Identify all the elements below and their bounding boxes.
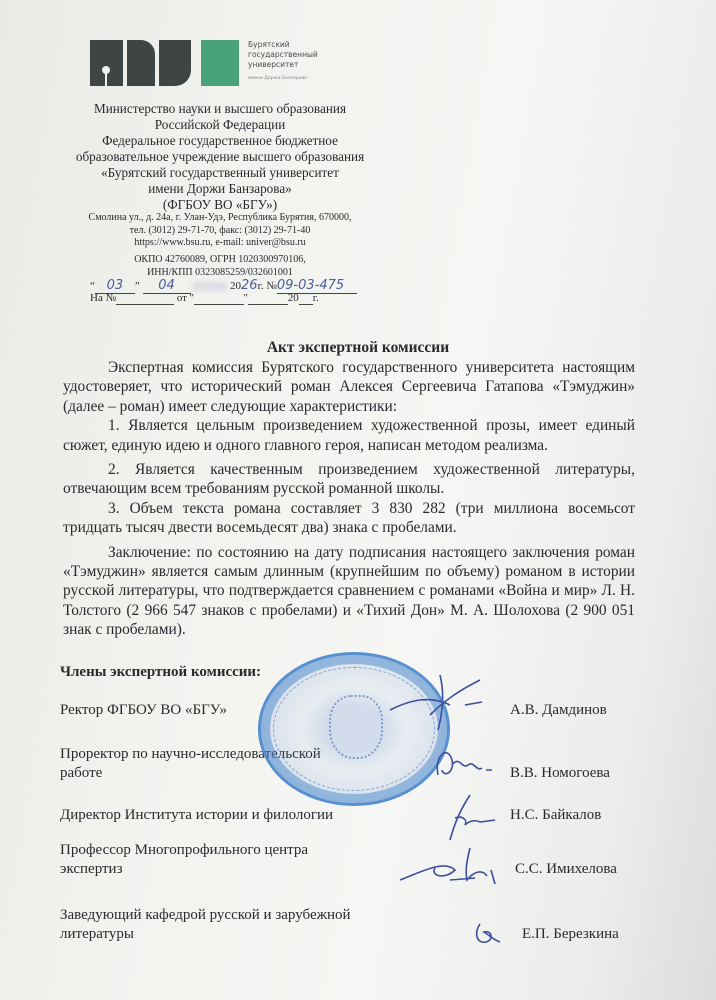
university-logo: Бурятский государственный университет им…	[90, 40, 318, 86]
bgu-logo-mark-icon	[90, 40, 191, 86]
document-body: Экспертная комиссия Бурятского государст…	[63, 358, 635, 640]
member-role: Заведующий кафедрой русской и зарубежной…	[60, 906, 390, 944]
commission-heading: Члены экспертной комиссии:	[60, 663, 261, 682]
document-page: Бурятский государственный университет им…	[0, 0, 716, 1000]
organization-address: Смолина ул., д. 24а, г. Улан-Удэ, Респуб…	[60, 212, 380, 250]
redacted-area	[193, 282, 227, 291]
signature-icon	[440, 790, 500, 845]
incoming-reference: На № от '' '' 20 г.	[90, 292, 319, 305]
point-2: 2. Является качественным произведением х…	[63, 460, 635, 499]
point-3: 3. Объем текста романа составляет 3 830 …	[63, 499, 635, 538]
logo-green-block-icon	[201, 40, 239, 86]
member-name: Е.П. Березкина	[522, 925, 619, 944]
member-name: А.В. Дамдинов	[510, 701, 607, 720]
member-name: Н.С. Байкалов	[510, 806, 601, 825]
member-name: В.В. Номогоева	[510, 764, 610, 783]
signature-icon	[430, 740, 500, 785]
organization-name: Министерство науки и высшего образования…	[60, 101, 380, 213]
point-1: 1. Является цельным произведением художе…	[63, 416, 635, 455]
conclusion-paragraph: Заключение: по состоянию на дату подписа…	[63, 543, 635, 640]
member-role: Профессор Многопрофильного центра экспер…	[60, 841, 320, 879]
logo-text: Бурятский государственный университет им…	[248, 40, 318, 84]
organization-codes: ОКПО 42760089, ОГРН 1020300970106, ИНН/К…	[60, 254, 380, 279]
member-name: С.С. Имихелова	[515, 860, 617, 879]
member-role: Директор Института истории и филологии	[60, 806, 380, 825]
signature-icon	[395, 840, 505, 890]
intro-paragraph: Экспертная комиссия Бурятского государст…	[63, 358, 635, 416]
document-title: Акт экспертной комиссии	[0, 339, 716, 357]
signature-icon	[370, 660, 490, 740]
signature-icon	[470, 918, 510, 950]
